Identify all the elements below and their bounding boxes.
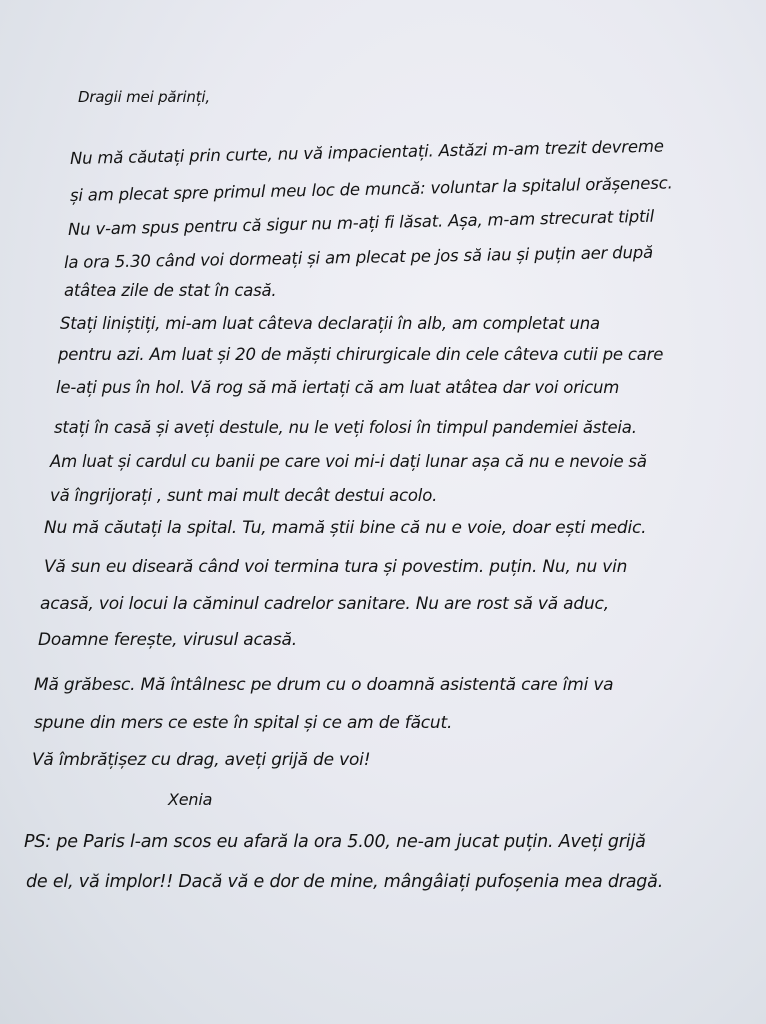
letter-line: Nu mă căutați la spital. Tu, mamă știi b… [44, 518, 646, 538]
letter-line: Nu mă căutați prin curte, nu vă impacien… [70, 137, 664, 168]
letter-line: Doamne ferește, virusul acasă. [38, 630, 297, 650]
letter-signature: Xenia [168, 790, 212, 809]
letter-line: atâtea zile de stat în casă. [64, 281, 276, 300]
letter-line: le-ați pus în hol. Vă rog să mă iertați … [56, 378, 619, 397]
letter-line: spune din mers ce este în spital și ce a… [34, 713, 452, 733]
letter-line: Stați liniștiți, mi-am luat câteva decla… [60, 314, 600, 333]
letter-postscript-line: PS: pe Paris l-am scos eu afară la ora 5… [24, 832, 646, 852]
letter-line: vă îngrijorați , sunt mai mult decât des… [50, 486, 437, 505]
letter-line: Vă îmbrățișez cu drag, aveți grijă de vo… [32, 750, 370, 770]
letter-line: acasă, voi locui la căminul cadrelor san… [40, 594, 609, 614]
letter-line: stați în casă și aveți destule, nu le ve… [54, 418, 637, 437]
letter-paper: Dragii mei părinți, Nu mă căutați prin c… [0, 0, 766, 1024]
letter-greeting: Dragii mei părinți, [78, 88, 210, 106]
letter-line: Vă sun eu diseară când voi termina tura … [44, 557, 627, 577]
letter-line: pentru azi. Am luat și 20 de măști chiru… [58, 345, 663, 364]
letter-line: la ora 5.30 când voi dormeați și am plec… [64, 243, 653, 272]
letter-line: Nu v-am spus pentru că sigur nu m-ați fi… [68, 207, 654, 239]
letter-postscript-line: de el, vă implor!! Dacă vă e dor de mine… [26, 872, 663, 892]
letter-line: Am luat și cardul cu banii pe care voi m… [50, 452, 647, 471]
letter-line: și am plecat spre primul meu loc de munc… [70, 173, 673, 205]
letter-line: Mă grăbesc. Mă întâlnesc pe drum cu o do… [34, 675, 613, 695]
